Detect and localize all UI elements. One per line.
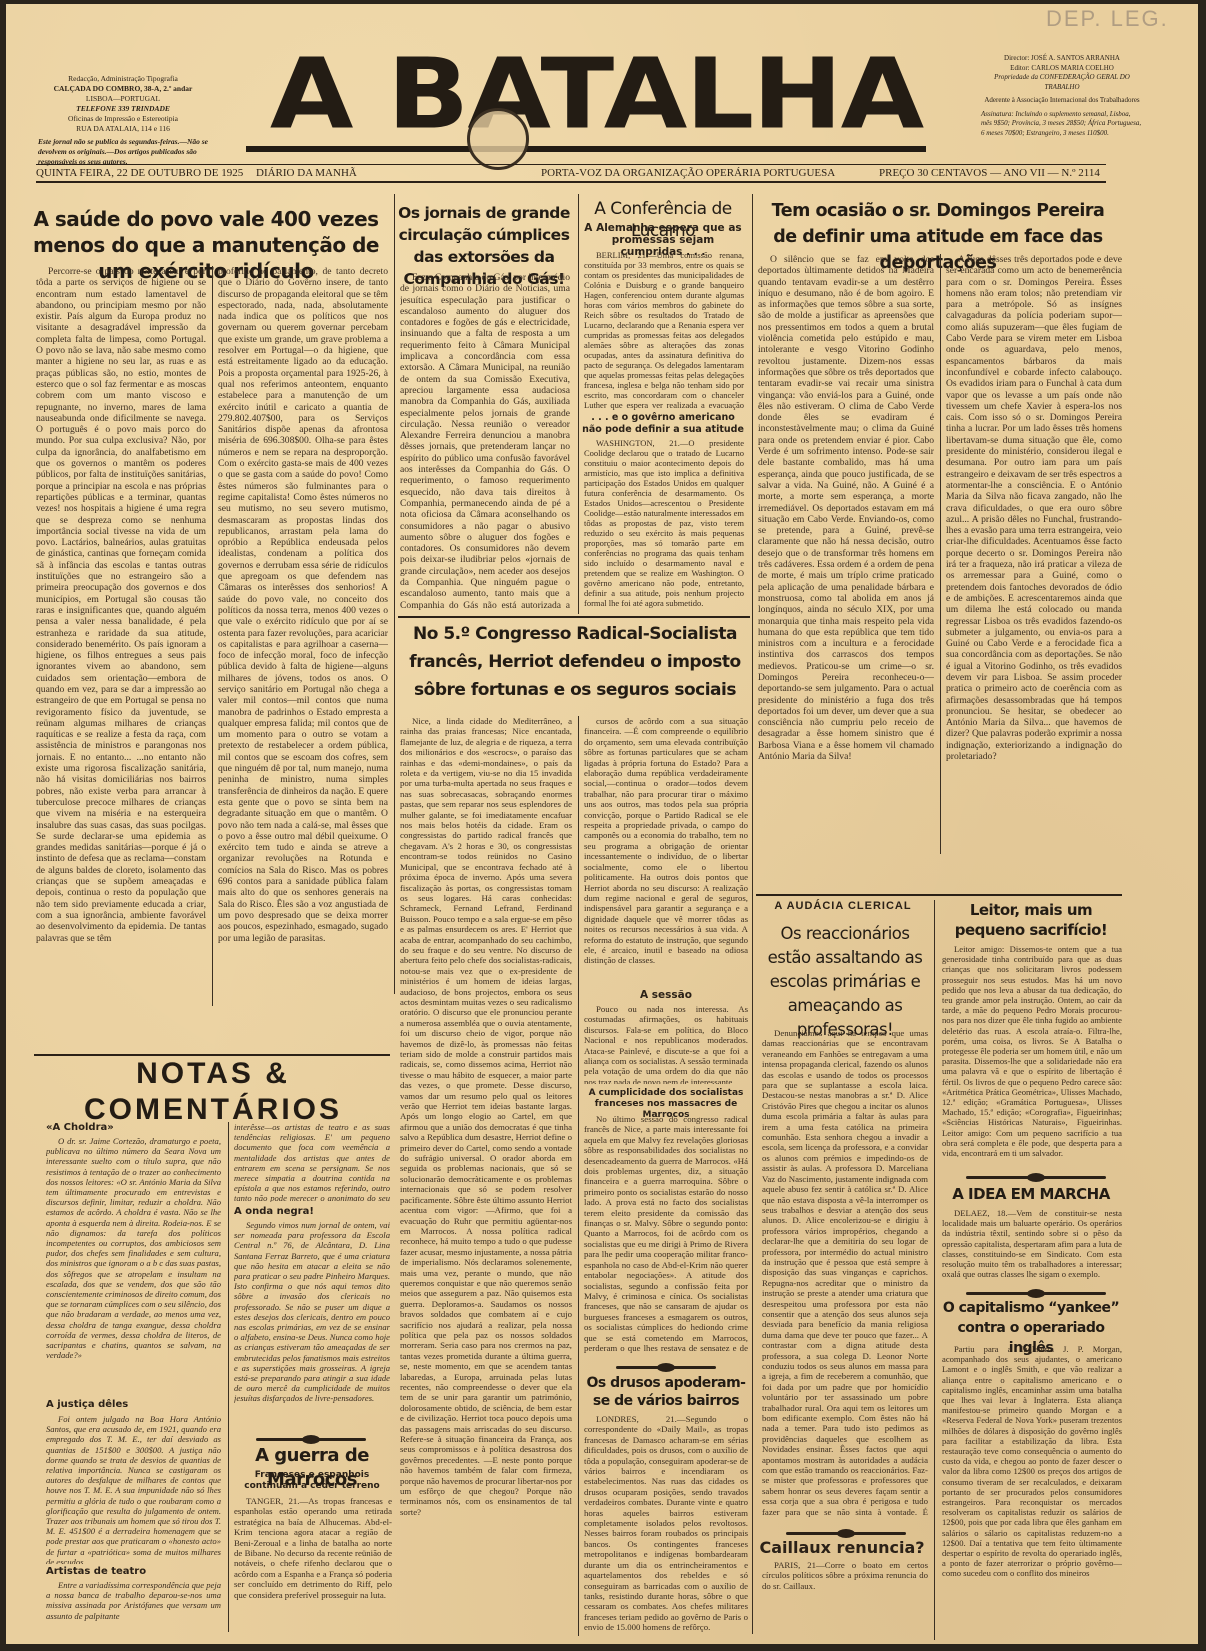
owner-line: Propriedade da CONFEDERAÇÃO GERAL DO TRA…	[981, 73, 1143, 92]
headline-drusos: Os drusos apoderam-se de vários bairros	[584, 1374, 748, 1410]
address-line: Oficinas de Impressão e Estereotipia	[38, 114, 208, 124]
article-onda: Segundo vimos num jornal de ontem, vai s…	[234, 1220, 390, 1440]
kicker-clerical: A AUDÁCIA CLERICAL	[762, 900, 924, 912]
headline-idea: A IDEA EM MARCHA	[940, 1184, 1122, 1204]
address-block: Redacção, Administração Tipografia CALÇA…	[38, 74, 208, 167]
article-clerical: Denunciámos aqui há tempos que umas dama…	[762, 1028, 928, 1518]
article-saude-col2: proferido no parlamento, de tanto decret…	[218, 266, 388, 1006]
article-text: A fuga dêsses três deportados pode e dev…	[946, 254, 1122, 762]
subhead-sessao: A sessão	[584, 989, 748, 1001]
article-text: No último sessão do congresso radical fr…	[584, 1114, 748, 1354]
daily-subtitle: DIÁRIO DA MANHÃ	[256, 165, 357, 181]
headline-caillaux: Caillaux renuncia?	[758, 1538, 926, 1557]
subhead-lucarno-2: . . . e o govêrno americano não pode def…	[582, 412, 744, 436]
article-yankee: Partiu para a Inglaterra J. P. Morgan, a…	[942, 1344, 1122, 1618]
article-drusos: LONDRES, 21.—Segundo o correspondente do…	[584, 1414, 748, 1634]
ornamental-divider	[256, 1438, 366, 1441]
affiliation-line: Aderente à Associação Internacional dos …	[981, 96, 1143, 106]
subhead-marrocos: Franceses e espanhois continuam a ceder …	[232, 1470, 392, 1492]
staff-block: Director: JOSÉ A. SANTOS ARRANHA Editor:…	[981, 54, 1143, 138]
dateline-bar: QUINTA FEIRA, 22 DE OUTUBRO DE 1925 DIÁR…	[36, 164, 1106, 183]
article-text: BERLIM, 21.—Uma comissão renana, constit…	[584, 250, 744, 410]
column-rule	[934, 900, 935, 1640]
article-congresso-col1: Nice, a linda cidade do Mediterrâneo, a …	[400, 716, 572, 1636]
article-sessao: Pouco ou nada nos interessa. As costumad…	[584, 1004, 748, 1084]
column-rule	[228, 1122, 229, 1632]
column-rule	[578, 194, 579, 614]
ornamental-divider	[966, 1176, 1106, 1179]
article-saude-col1: Percorre-se o país do norte a sul e por …	[36, 266, 206, 1006]
article-notas-col2: interêsse—os artistas de teatro e as sua…	[234, 1122, 390, 1202]
phone-line: TELEFONE 339 TRINDADE	[38, 104, 208, 114]
tagline: PORTA-VOZ DA ORGANIZAÇÃO OPERÁRIA PORTUG…	[541, 165, 835, 181]
article-text: Entre a variadíssima correspondência que…	[46, 1580, 221, 1621]
article-text: Leitor amigo: Dissemos-te ontem que a tu…	[942, 944, 1122, 1158]
headline-clerical: Os reaccionários estão assaltando as esc…	[762, 922, 928, 1042]
article-text: PARIS, 21—Corre o boato em certos círcul…	[762, 1560, 928, 1591]
article-text: Segundo vimos num jornal de ontem, vai s…	[234, 1220, 390, 1404]
newspaper-page: DEP. LEG. Redacção, Administração Tipogr…	[6, 4, 1198, 1644]
publication-note: Este jornal não se publica às segundas-f…	[38, 137, 208, 167]
article-text: Pouco ou nada nos interessa. As costumad…	[584, 1004, 748, 1084]
banner-notas: NOTAS & COMENTÁRIOS	[36, 1056, 390, 1128]
article-text: Denunciámos aqui há tempos que umas dama…	[762, 1028, 928, 1518]
article-text: TANGER, 21.—As tropas francesas e espanh…	[234, 1496, 392, 1600]
issue-date: QUINTA FEIRA, 22 DE OUTUBRO DE 1925	[36, 165, 243, 181]
article-artistas: Entre a variadíssima correspondência que…	[46, 1580, 221, 1628]
article-text: O silêncio que se faz em volta dos depor…	[758, 254, 934, 762]
article-lucarno-2: WASHINGTON, 21.—O presidente Coolidge de…	[584, 438, 744, 608]
column-rule	[940, 254, 941, 854]
article-text: Fez a Companhia do Gás, por intermédio d…	[400, 272, 570, 612]
ornamental-divider	[786, 1532, 906, 1535]
subhead-artistas: Artistas de teatro	[46, 1566, 146, 1577]
article-marrocos: TANGER, 21.—As tropas francesas e espanh…	[234, 1496, 392, 1630]
article-deportacoes-col2: A fuga dêsses três deportados pode e dev…	[946, 254, 1122, 854]
headline-leitor: Leitor, mais um pequeno sacrifício!	[940, 900, 1122, 940]
article-text: interêsse—os artistas de teatro e as sua…	[234, 1122, 390, 1202]
article-text: cursos de acôrdo com a sua situação fina…	[584, 716, 748, 966]
column-rule	[578, 716, 579, 1636]
title-underline	[246, 146, 926, 152]
address-line: Redacção, Administração Tipografia	[38, 74, 208, 84]
section-rule	[398, 616, 750, 618]
legal-deposit-stamp: DEP. LEG.	[1046, 6, 1169, 32]
article-text: O dr. sr. Jaime Cortezão, dramaturgo e p…	[46, 1136, 221, 1360]
headline-congresso: No 5.º Congresso Radical-Socialista fran…	[402, 620, 748, 704]
article-caillaux: PARIS, 21—Corre o boato em certos círcul…	[762, 1560, 928, 1600]
address-line: LISBOA—PORTUGAL	[38, 94, 208, 104]
ornamental-divider	[616, 1366, 716, 1369]
price-issue: PREÇO 30 CENTAVOS — ANO VII — N.º 2114	[879, 165, 1100, 181]
column-rule	[752, 194, 753, 1634]
article-text: Percorre-se o país do norte a sul e por …	[36, 266, 206, 944]
article-gas: Fez a Companhia do Gás, por intermédio d…	[400, 272, 570, 612]
article-text: LONDRES, 21.—Segundo o correspondente do…	[584, 1414, 748, 1633]
article-text: Nice, a linda cidade do Mediterrâneo, a …	[400, 716, 572, 1517]
article-text: Foi ontem julgado na Boa Hora António Sa…	[46, 1414, 221, 1564]
subscription-note: Assinatura: Incluindo o suplemento seman…	[981, 110, 1143, 139]
article-idea: DELAEZ, 18.—Vem de constituir-se nesta l…	[942, 1208, 1122, 1288]
column-rule	[394, 194, 395, 994]
director-line: Director: JOSÉ A. SANTOS ARRANHA	[981, 54, 1143, 64]
address-line: CALÇADA DO COMBRO, 38-A, 2.º andar	[38, 84, 208, 94]
article-choldra: O dr. sr. Jaime Cortezão, dramaturgo e p…	[46, 1136, 221, 1396]
address-line: RUA DA ATALAIA, 114 e 116	[38, 124, 208, 134]
article-congresso-col2: cursos de acôrdo com a sua situação fina…	[584, 716, 748, 986]
article-text: proferido no parlamento, de tanto decret…	[218, 266, 388, 944]
article-text: DELAEZ, 18.—Vem de constituir-se nesta l…	[942, 1208, 1122, 1279]
article-text: WASHINGTON, 21.—O presidente Coolidge de…	[584, 438, 744, 608]
section-rule	[756, 894, 1122, 896]
ornamental-divider	[966, 1292, 1106, 1295]
article-leitor: Leitor amigo: Dissemos-te ontem que a tu…	[942, 944, 1122, 1172]
subhead-choldra: «A Choldra»	[46, 1122, 114, 1133]
subhead-justica: A justiça dêles	[46, 1399, 128, 1410]
article-justica: Foi ontem julgado na Boa Hora António Sa…	[46, 1414, 221, 1564]
article-text: Partiu para a Inglaterra J. P. Morgan, a…	[942, 1344, 1122, 1579]
article-deportacoes-col1: O silêncio que se faz em volta dos depor…	[758, 254, 934, 854]
article-cumplicidade: No último sessão do congresso radical fr…	[584, 1114, 748, 1354]
seal-icon	[467, 108, 529, 170]
newspaper-title: A BATALHA	[236, 46, 956, 145]
article-lucarno: BERLIM, 21.—Uma comissão renana, constit…	[584, 250, 744, 410]
column-rule	[212, 266, 213, 1006]
subhead-onda: A onda negra!	[234, 1206, 314, 1217]
editor-line: Editor: CARLOS MARIA COELHO	[981, 64, 1143, 74]
